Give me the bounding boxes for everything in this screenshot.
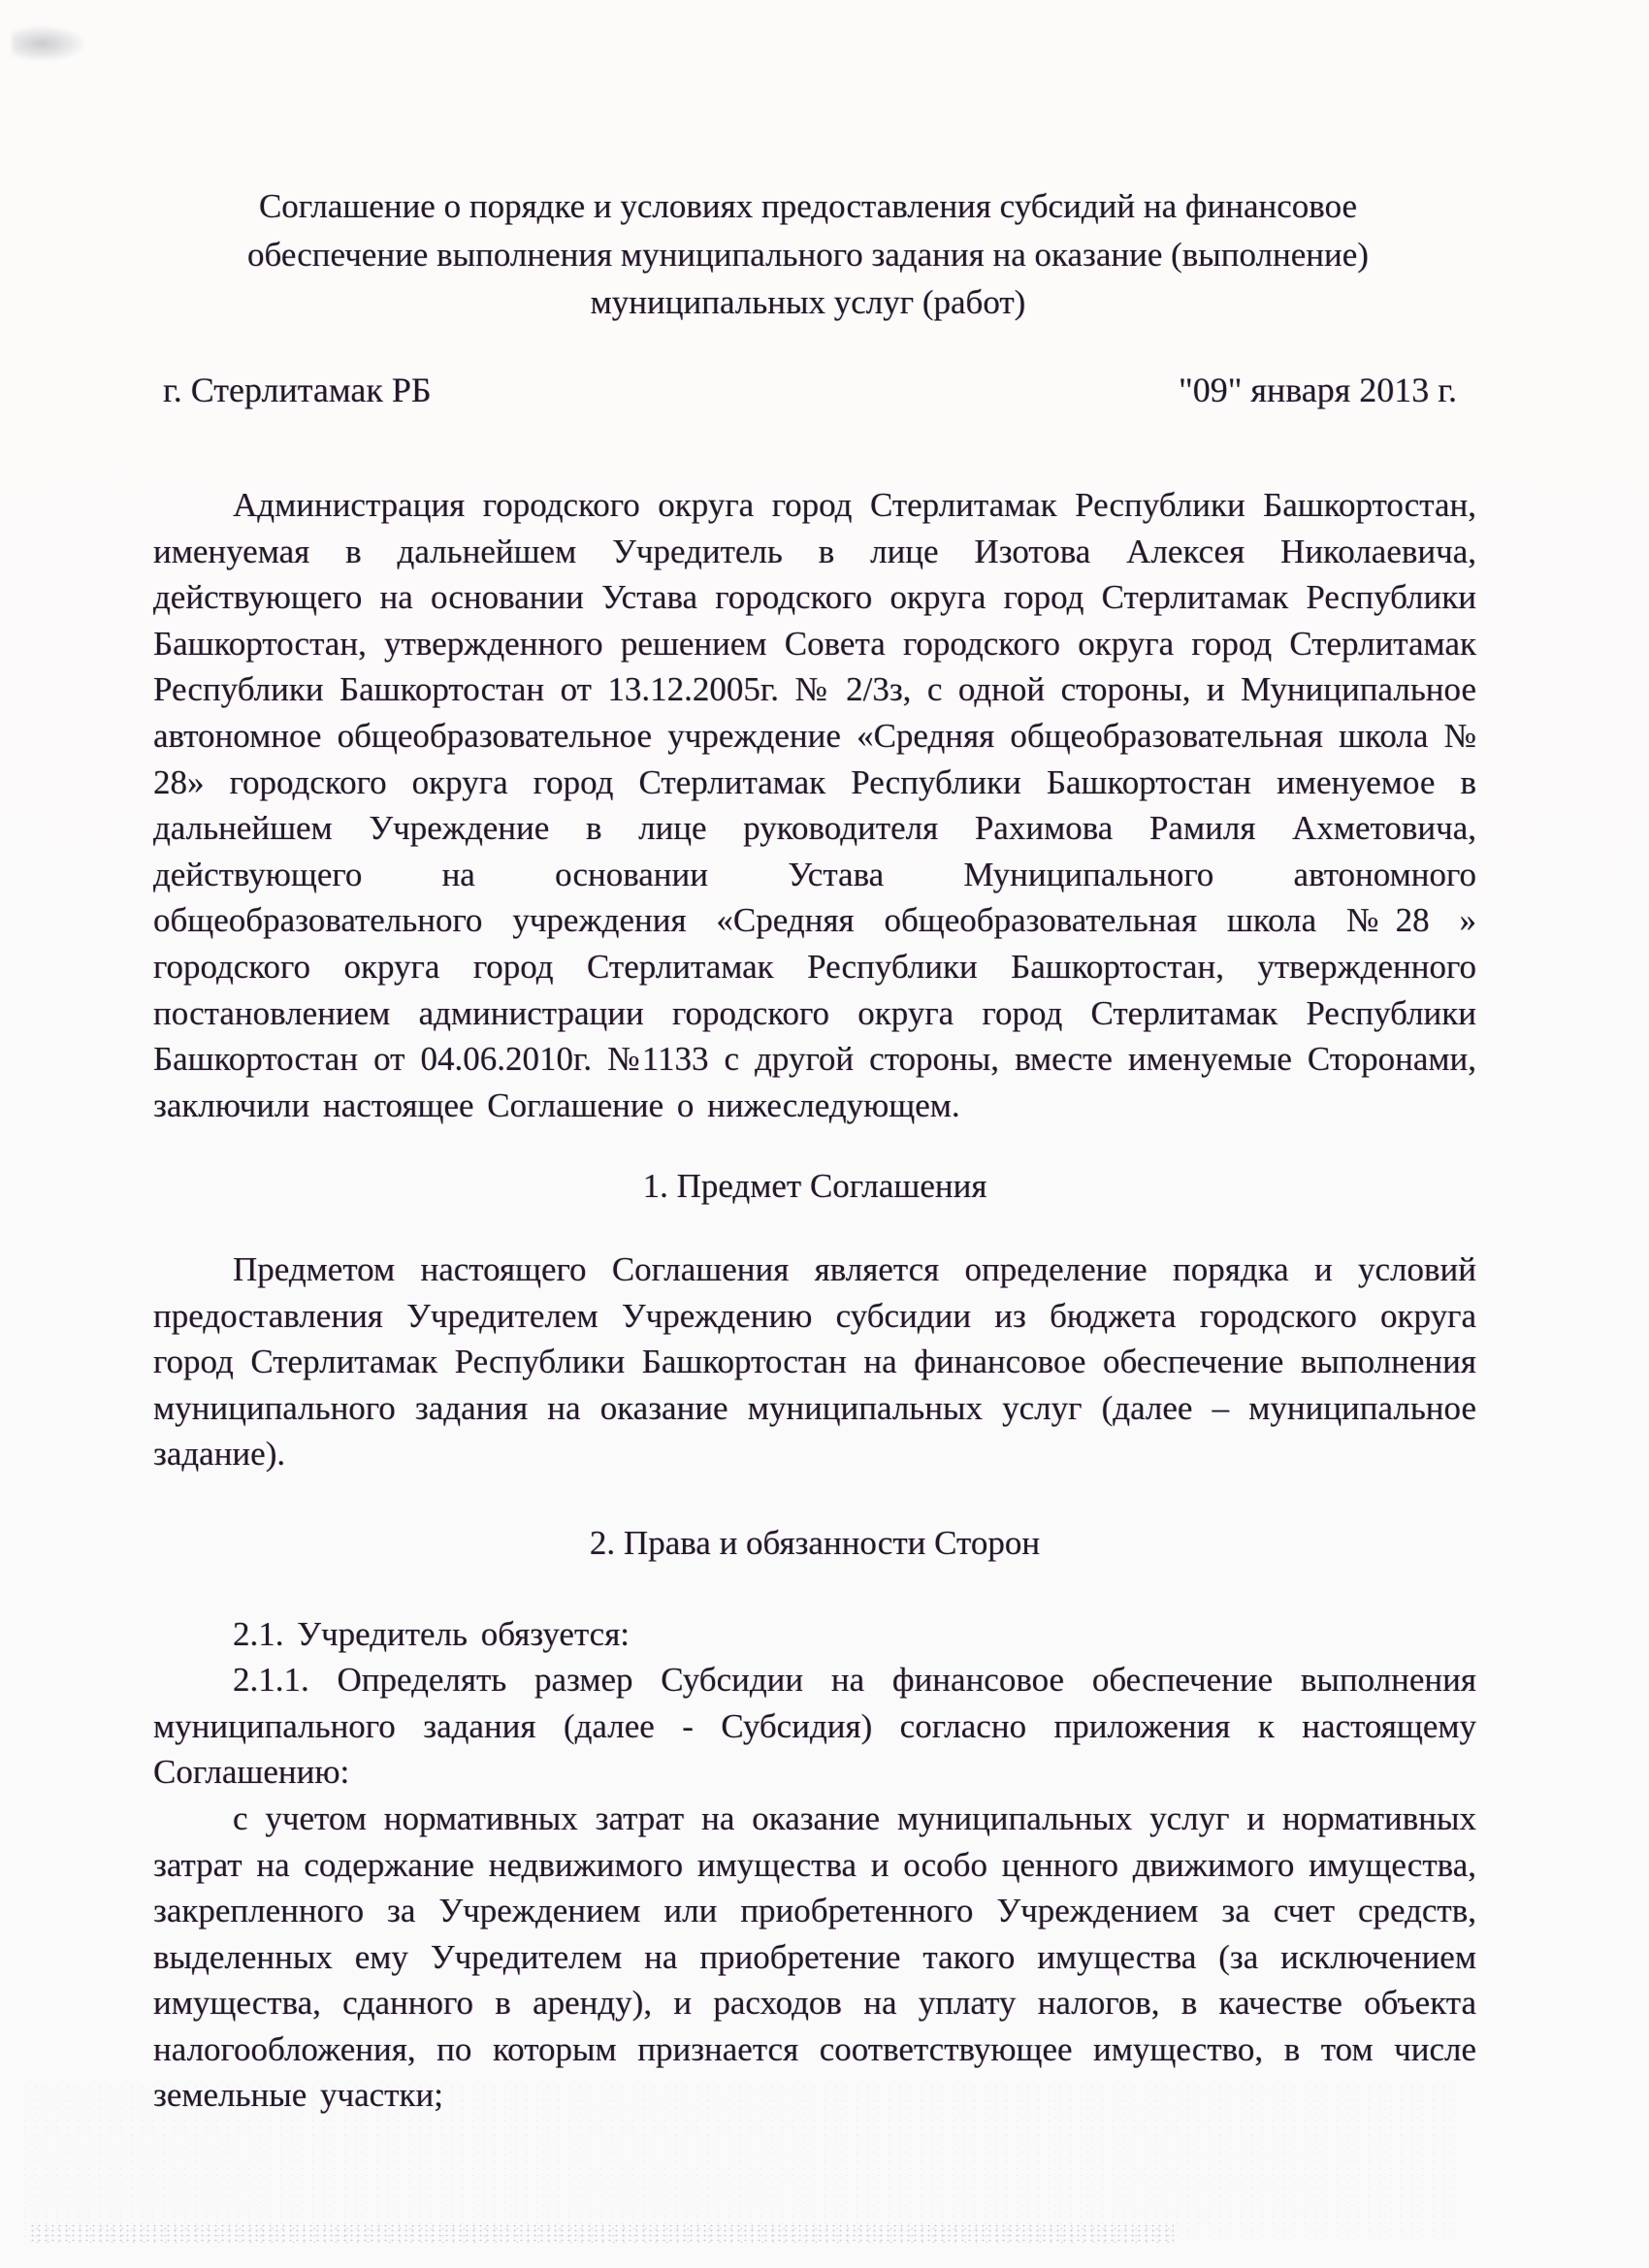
section-1-paragraph: Предметом настоящего Соглашения является… bbox=[153, 1247, 1476, 1477]
document-title: Соглашение о порядке и условиях предоста… bbox=[167, 182, 1449, 327]
document-content: Соглашение о порядке и условиях предоста… bbox=[0, 0, 1649, 2119]
scanned-document-page: Соглашение о порядке и условиях предоста… bbox=[0, 0, 1649, 2268]
dateline: г. Стерлитамак РБ "09" января 2013 г. bbox=[163, 370, 1457, 410]
section-1-heading: 1. Предмет Соглашения bbox=[153, 1163, 1476, 1210]
scan-noise-strip bbox=[29, 2223, 1174, 2243]
clause-normative-costs: с учетом нормативных затрат на оказание … bbox=[153, 1796, 1476, 2119]
section-2-heading: 2. Права и обязанности Сторон bbox=[153, 1520, 1476, 1567]
clause-2-1: 2.1. Учредитель обязуется: bbox=[153, 1611, 1476, 1658]
clause-2-1-1: 2.1.1. Определять размер Субсидии на фин… bbox=[153, 1657, 1476, 1796]
dateline-date: "09" января 2013 г. bbox=[1179, 370, 1457, 410]
intro-paragraph: Администрация городского округа город Ст… bbox=[153, 482, 1476, 1128]
dateline-place: г. Стерлитамак РБ bbox=[163, 370, 432, 410]
